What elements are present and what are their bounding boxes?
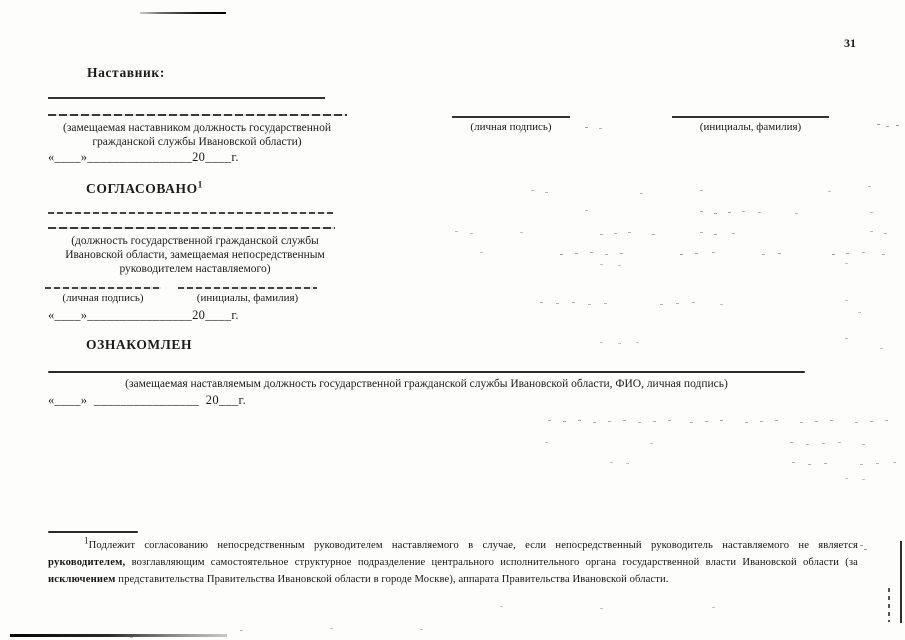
agreed-caption-line3: руководителем наставляемого) (34, 262, 356, 276)
scan-artifact-bottom-line (10, 634, 227, 637)
mentor-caption: (замещаемая наставником должность госуда… (40, 121, 354, 149)
acknowledged-caption: (замещаемая наставляемым должность госуд… (48, 377, 805, 391)
agreed-blank-line-1 (48, 212, 333, 214)
mentor-signature-line (452, 116, 570, 118)
page-number: 31 (844, 36, 856, 51)
agreed-name-line (178, 287, 317, 289)
agreed-caption-line1: (должность государственной гражданской с… (34, 234, 356, 248)
agreed-caption: (должность государственной гражданской с… (34, 234, 356, 276)
mentor-date-line: «____»________________20____г. (48, 150, 239, 165)
agreed-signature-caption: (личная подпись) (45, 291, 161, 305)
mentor-blank-line-2 (48, 114, 347, 116)
agreed-title-text: СОГЛАСОВАНО (86, 181, 198, 196)
scan-artifact-right-dashed-line (888, 588, 890, 622)
mentor-caption-line1: (замещаемая наставником должность госуда… (40, 121, 354, 135)
mentor-blank-line-1 (48, 97, 325, 99)
acknowledged-blank-line (48, 371, 805, 373)
footnote-bold1: руководителем, (48, 557, 125, 568)
footnote-bold2: исключением (48, 574, 116, 585)
acknowledged-section-title: ОЗНАКОМЛЕН (86, 337, 192, 353)
footnote-part2: возглавляющим самостоятельное структурно… (125, 557, 858, 568)
agreed-caption-line2: Ивановской области, замещаемая непосредс… (34, 248, 356, 262)
acknowledged-date-line: «____» ________________ 20___г. (48, 393, 246, 408)
footnote-text: 1Подлежит согласованию непосредственным … (48, 537, 858, 588)
agreed-blank-line-2 (48, 227, 335, 229)
agreed-name-caption: (инициалы, фамилия) (172, 291, 323, 305)
agreed-date-line: «____»________________20____г. (48, 308, 239, 323)
mentor-caption-line2: гражданской службы Ивановской области) (40, 135, 354, 149)
scan-artifact-top-line (140, 12, 226, 14)
footnote-part3: представительства Правительства Ивановск… (116, 574, 669, 585)
footnote-part1: Подлежит согласованию непосредственным р… (89, 540, 858, 551)
scan-noise-speckles (0, 0, 3, 1)
mentor-name-caption: (инициалы, фамилия) (668, 120, 833, 134)
scanned-document-page: 31 Наставник: (замещаемая наставником до… (0, 0, 905, 640)
agreed-signature-line (45, 287, 161, 289)
mentor-signature-caption: (личная подпись) (444, 120, 578, 134)
mentor-name-line (672, 116, 829, 118)
agreed-section-title: СОГЛАСОВАНО1 (86, 181, 203, 197)
footnote-separator (48, 531, 138, 533)
agreed-footnote-marker: 1 (198, 180, 203, 190)
mentor-section-title: Наставник: (87, 65, 165, 81)
scan-artifact-right-edge-line (900, 541, 902, 623)
